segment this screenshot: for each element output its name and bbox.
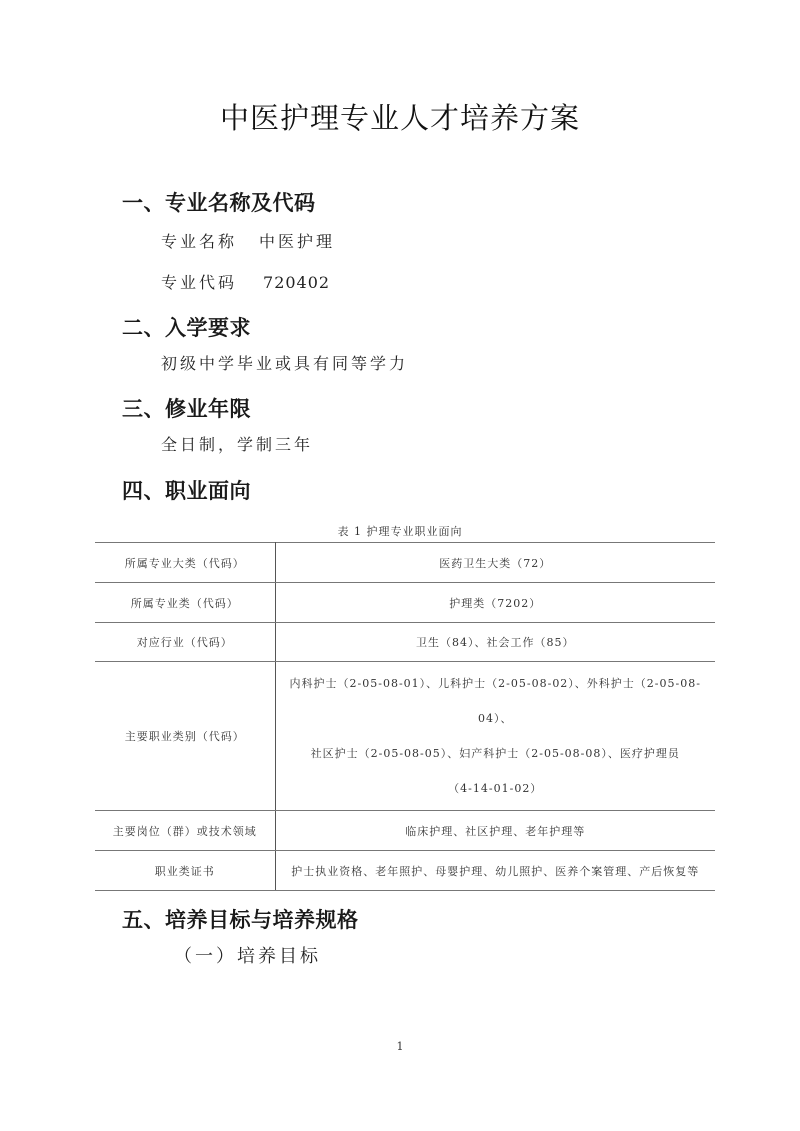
table-key: 对应行业（代码）	[95, 623, 275, 662]
table-key: 所属专业类（代码）	[95, 583, 275, 623]
admission-text: 初级中学毕业或具有同等学力	[161, 351, 408, 374]
table-value-line: 内科护士（2-05-08-01）、儿科护士（2-05-08-02）、外科护士（2…	[276, 666, 716, 736]
table-key: 主要职业类别（代码）	[95, 662, 275, 811]
major-code-value: 720402	[263, 273, 330, 292]
section-heading-goals: 五、培养目标与培养规格	[122, 904, 359, 934]
page-number: 1	[0, 1040, 800, 1053]
table-row: 职业类证书 护士执业资格、老年照护、母婴护理、幼儿照护、医养个案管理、产后恢复等	[95, 851, 715, 891]
table-row: 所属专业类（代码） 护理类（7202）	[95, 583, 715, 623]
section-heading-major: 一、专业名称及代码	[122, 187, 316, 217]
table-value: 护理类（7202）	[275, 583, 715, 623]
major-code-line: 专业代码720402	[161, 270, 330, 293]
major-name-value: 中医护理	[259, 232, 335, 251]
table-value: 医药卫生大类（72）	[275, 543, 715, 583]
occupation-table: 所属专业大类（代码） 医药卫生大类（72） 所属专业类（代码） 护理类（7202…	[95, 542, 715, 891]
table-key: 职业类证书	[95, 851, 275, 891]
table-value: 内科护士（2-05-08-01）、儿科护士（2-05-08-02）、外科护士（2…	[275, 662, 715, 811]
table-value: 临床护理、社区护理、老年护理等	[275, 811, 715, 851]
document-title: 中医护理专业人才培养方案	[0, 96, 800, 137]
duration-text: 全日制，学制三年	[161, 432, 313, 455]
table-key: 所属专业大类（代码）	[95, 543, 275, 583]
section-heading-occupation: 四、职业面向	[122, 475, 251, 505]
table-row: 对应行业（代码） 卫生（84）、社会工作（85）	[95, 623, 715, 662]
table-value: 卫生（84）、社会工作（85）	[275, 623, 715, 662]
section-heading-admission: 二、入学要求	[122, 312, 251, 342]
section-heading-duration: 三、修业年限	[122, 393, 251, 423]
table-value-line: 社区护士（2-05-08-05）、妇产科护士（2-05-08-08）、医疗护理员	[276, 736, 716, 771]
table-value-line: （4-14-01-02）	[276, 771, 716, 806]
subsection-heading-goals: （一）培养目标	[174, 942, 321, 968]
table-value: 护士执业资格、老年照护、母婴护理、幼儿照护、医养个案管理、产后恢复等	[275, 851, 715, 891]
major-name-label: 专业名称	[161, 232, 237, 251]
table-key: 主要岗位（群）或技术领域	[95, 811, 275, 851]
table-row: 主要职业类别（代码） 内科护士（2-05-08-01）、儿科护士（2-05-08…	[95, 662, 715, 811]
table-row: 所属专业大类（代码） 医药卫生大类（72）	[95, 543, 715, 583]
major-name-line: 专业名称中医护理	[161, 229, 335, 252]
major-code-label: 专业代码	[161, 273, 237, 292]
table-row: 主要岗位（群）或技术领域 临床护理、社区护理、老年护理等	[95, 811, 715, 851]
table-caption: 表 1 护理专业职业面向	[0, 523, 800, 539]
